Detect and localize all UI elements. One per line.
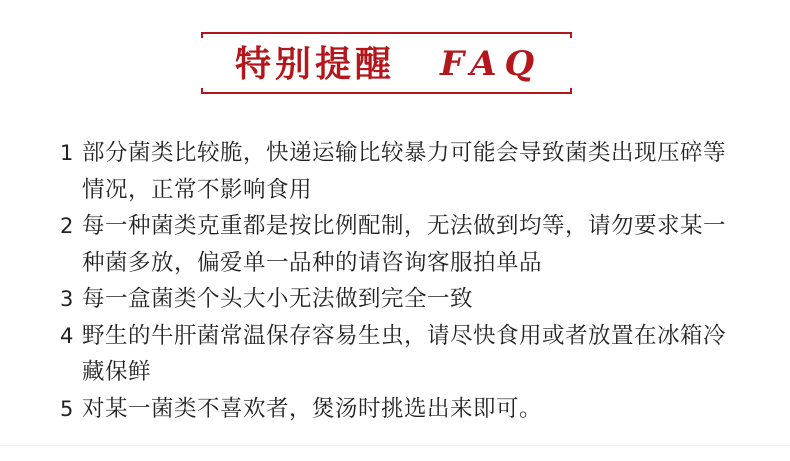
page-title-english: FAQ	[440, 42, 542, 86]
title-frame-corner-tick	[201, 32, 203, 38]
faq-item-text: 部分菌类比较脆，快递运输比较暴力可能会导致菌类出现压碎等情况，正常不影响食用	[82, 135, 742, 208]
title-frame-corner-tick	[570, 32, 572, 38]
faq-item-text: 野生的牛肝菌常温保存容易生虫，请尽快食用或者放置在冰箱冷藏保鲜	[82, 318, 742, 391]
faq-item-text: 每一盒菌类个头大小无法做到完全一致	[82, 281, 742, 318]
faq-item-number: 3	[60, 281, 82, 318]
faq-list: 1 部分菌类比较脆，快递运输比较暴力可能会导致菌类出现压碎等情况，正常不影响食用…	[60, 135, 760, 427]
title-frame-bottom-line	[201, 92, 572, 94]
faq-item-number: 4	[60, 318, 82, 355]
page-title-chinese: 特别提醒	[235, 42, 395, 86]
faq-item: 2 每一种菌类克重都是按比例配制，无法做到均等，请勿要求某一种菌多放，偏爱单一品…	[60, 208, 760, 281]
faq-item: 5 对某一菌类不喜欢者，煲汤时挑选出来即可。	[60, 391, 760, 428]
faq-item-number: 1	[60, 135, 82, 172]
faq-item: 4 野生的牛肝菌常温保存容易生虫，请尽快食用或者放置在冰箱冷藏保鲜	[60, 318, 760, 391]
title-frame-top-line	[201, 32, 572, 34]
faq-item-text: 每一种菌类克重都是按比例配制，无法做到均等，请勿要求某一种菌多放，偏爱单一品种的…	[82, 208, 742, 281]
title-frame-corner-tick	[201, 88, 203, 94]
faq-item-number: 5	[60, 391, 82, 428]
bottom-divider	[0, 445, 790, 446]
title-frame-corner-tick	[570, 88, 572, 94]
faq-item-text: 对某一菌类不喜欢者，煲汤时挑选出来即可。	[82, 391, 742, 428]
faq-item: 1 部分菌类比较脆，快递运输比较暴力可能会导致菌类出现压碎等情况，正常不影响食用	[60, 135, 760, 208]
faq-item: 3 每一盒菌类个头大小无法做到完全一致	[60, 281, 760, 318]
faq-item-number: 2	[60, 208, 82, 245]
